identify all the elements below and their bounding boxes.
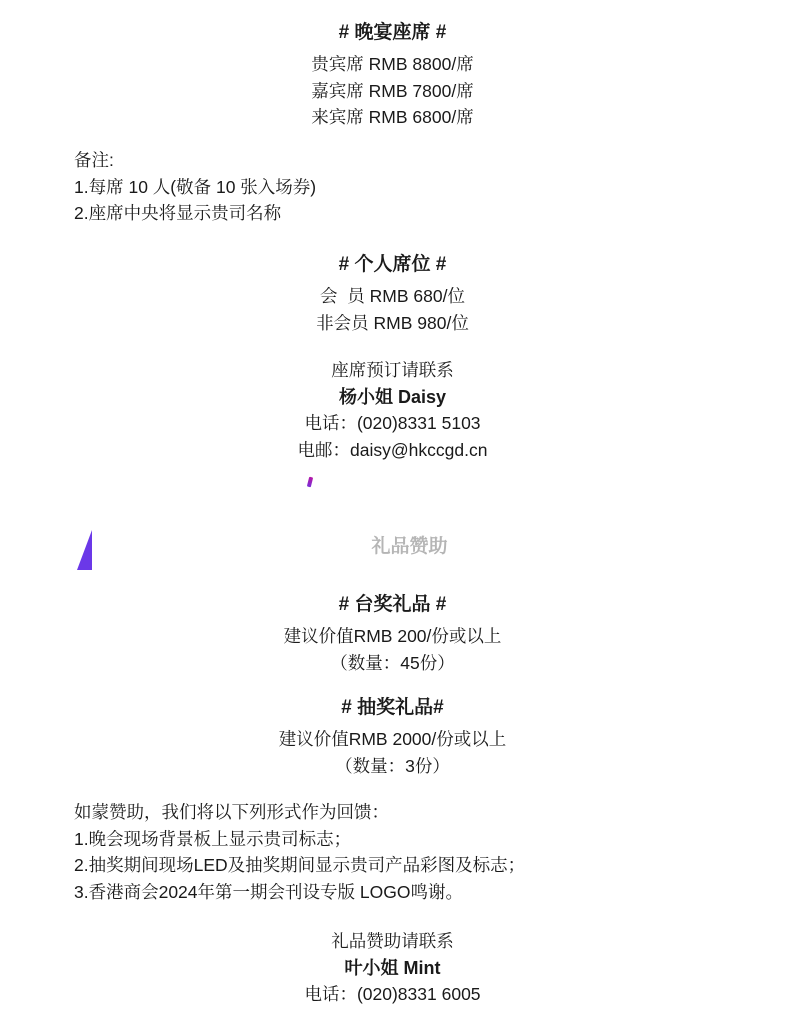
raffle-gift-section: # 抽奖礼品# 建议价值RMB 2000/份或以上 （数量：3份） <box>0 695 785 779</box>
personal-section-title: # 个人席位 # <box>0 252 785 277</box>
gift-sponsorship-section-header: 礼品赞助 <box>17 536 785 558</box>
magenta-tick-decor <box>307 477 313 488</box>
table-gift-title: # 台奖礼品 # <box>0 592 785 617</box>
feedback-item-1: 1.晚会现场背景板上显示贵司标志； <box>74 826 525 853</box>
banquet-price-vip: 贵宾席 RMB 8800/席 <box>0 51 785 78</box>
feedback-item-3: 3.香港商会2024年第一期会刊设专版 LOGO鸣谢。 <box>74 879 525 906</box>
banquet-seating-section: # 晚宴座席 # 贵宾席 RMB 8800/席 嘉宾席 RMB 7800/席 来… <box>0 20 785 131</box>
notes-label: 备注: <box>74 147 316 174</box>
personal-seat-section: # 个人席位 # 会 员 RMB 680/位 非会员 RMB 980/位 <box>0 252 785 336</box>
flyer-page: # 晚宴座席 # 贵宾席 RMB 8800/席 嘉宾席 RMB 7800/席 来… <box>0 0 785 1024</box>
table-gift-value: 建议价值RMB 200/份或以上 <box>0 623 785 650</box>
banquet-section-title: # 晚宴座席 # <box>0 20 785 45</box>
raffle-gift-value: 建议价值RMB 2000/份或以上 <box>0 726 785 753</box>
personal-price-member: 会 员 RMB 680/位 <box>0 283 785 310</box>
gift-contact-heading: 礼品赞助请联系 <box>0 928 785 955</box>
gift-contact-phone: 电话：(020)8331 6005 <box>0 981 785 1008</box>
raffle-gift-title: # 抽奖礼品# <box>0 695 785 720</box>
gift-contact-section: 礼品赞助请联系 叶小姐 Mint 电话：(020)8331 6005 <box>0 928 785 1008</box>
raffle-gift-quantity: （数量：3份） <box>0 753 785 780</box>
personal-price-nonmember: 非会员 RMB 980/位 <box>0 310 785 337</box>
booking-contact-heading: 座席预订请联系 <box>0 357 785 384</box>
banquet-price-visitor: 来宾席 RMB 6800/席 <box>0 104 785 131</box>
table-gift-quantity: （数量：45份） <box>0 650 785 677</box>
feedback-intro: 如蒙赞助，我们将以下列形式作为回馈： <box>74 799 525 826</box>
notes-section: 备注: 1.每席 10 人(敬备 10 张入场券) 2.座席中央将显示贵司名称 <box>74 147 316 227</box>
note-item-1: 1.每席 10 人(敬备 10 张入场券) <box>74 174 316 201</box>
feedback-item-2: 2.抽奖期间现场LED及抽奖期间显示贵司产品彩图及标志； <box>74 852 525 879</box>
table-gift-section: # 台奖礼品 # 建议价值RMB 200/份或以上 （数量：45份） <box>0 592 785 676</box>
note-item-2: 2.座席中央将显示贵司名称 <box>74 200 316 227</box>
booking-contact-name: 杨小姐 Daisy <box>0 384 785 411</box>
banquet-price-guest: 嘉宾席 RMB 7800/席 <box>0 78 785 105</box>
booking-contact-phone: 电话：(020)8331 5103 <box>0 410 785 437</box>
sponsorship-feedback-section: 如蒙赞助，我们将以下列形式作为回馈： 1.晚会现场背景板上显示贵司标志； 2.抽… <box>74 799 525 905</box>
booking-contact-email: 电邮：daisy@hkccgd.cn <box>0 437 785 464</box>
gift-contact-name: 叶小姐 Mint <box>0 955 785 982</box>
booking-contact-section: 座席预订请联系 杨小姐 Daisy 电话：(020)8331 5103 电邮：d… <box>0 357 785 463</box>
